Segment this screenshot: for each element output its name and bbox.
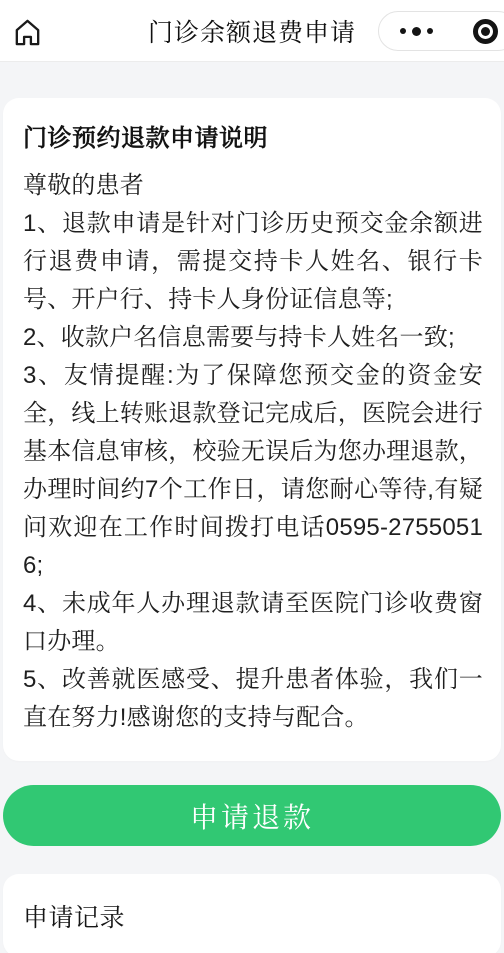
more-dots-icon: [400, 27, 433, 36]
miniprogram-capsule: [378, 11, 504, 51]
records-label: 申请记录: [23, 898, 125, 934]
refund-notice-card: 门诊预约退款申请说明 尊敬的患者 1、退款申请是针对门诊历史预交金余额进行退费申…: [3, 98, 501, 761]
home-icon: [11, 16, 44, 49]
apply-refund-button[interactable]: 申请退款: [3, 785, 501, 846]
notice-salutation: 尊敬的患者: [23, 167, 483, 205]
navbar: 门诊余额退费申请: [0, 0, 504, 62]
notice-item: 2、收款户名信息需要与持卡人姓名一致;: [23, 319, 483, 357]
application-records-row[interactable]: 申请记录: [3, 874, 501, 953]
notice-item: 5、改善就医感受、提升患者体验，我们一直在努力!感谢您的支持与配合。: [23, 661, 483, 737]
notice-item: 4、未成年人办理退款请至医院门诊收费窗口办理。: [23, 585, 483, 661]
notice-heading: 门诊预约退款申请说明: [23, 118, 483, 153]
target-circle-icon: [473, 19, 498, 44]
home-button[interactable]: [8, 13, 46, 51]
more-button[interactable]: [379, 12, 453, 50]
exit-button[interactable]: [453, 12, 504, 50]
mini-program-screen: 门诊余额退费申请 门诊预约退款申请说明 尊敬的患者 1、退款申请是针对门诊历史预…: [0, 0, 504, 953]
notice-body: 尊敬的患者 1、退款申请是针对门诊历史预交金余额进行退费申请，需提交持卡人姓名、…: [23, 167, 483, 737]
notice-item: 1、退款申请是针对门诊历史预交金余额进行退费申请，需提交持卡人姓名、银行卡号、开…: [23, 205, 483, 319]
page-title: 门诊余额退费申请: [148, 13, 356, 49]
notice-item: 3、友情提醒:为了保障您预交金的资金安全，线上转账退款登记完成后，医院会进行基本…: [23, 357, 483, 585]
main-content: 门诊预约退款申请说明 尊敬的患者 1、退款申请是针对门诊历史预交金余额进行退费申…: [0, 98, 504, 953]
